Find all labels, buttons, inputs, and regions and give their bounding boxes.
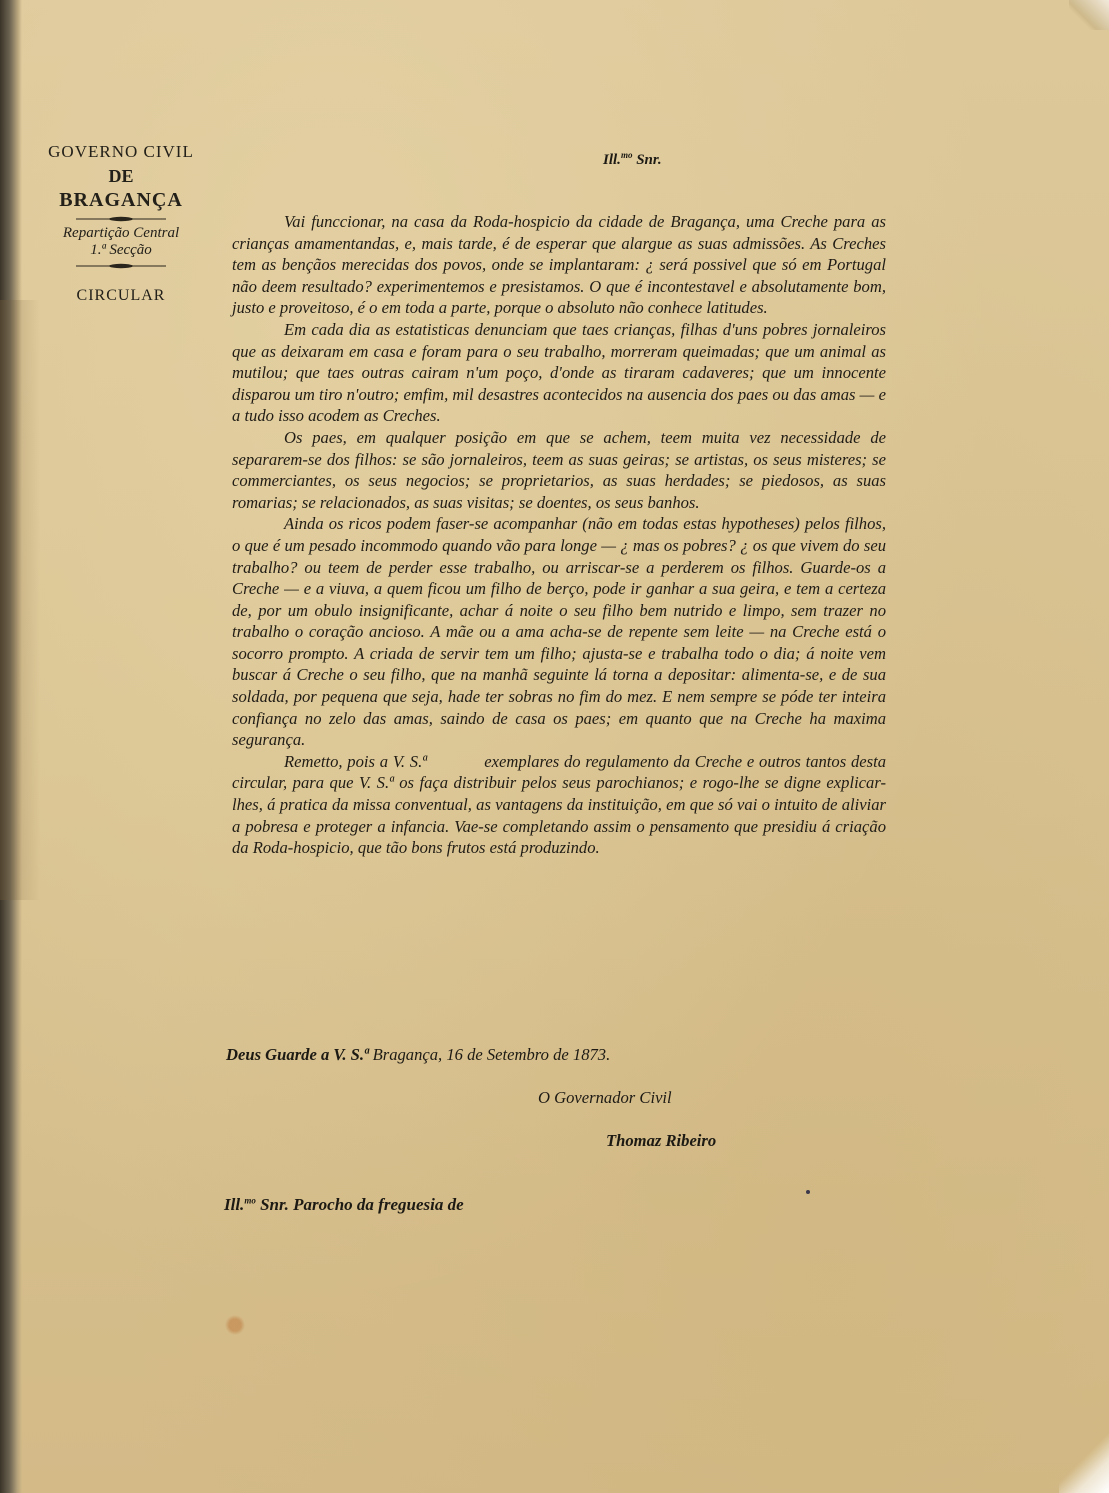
paragraph: Em cada dia as estatisticas denunciam qu… xyxy=(232,319,886,427)
paper-speck xyxy=(806,1190,810,1194)
closing-line: Deus Guarde a V. S.ª Bragança, 16 de Set… xyxy=(226,1045,610,1065)
signer-name: Thomaz Ribeiro xyxy=(606,1131,716,1151)
ornament-divider-icon xyxy=(76,216,166,222)
ornament-divider-icon xyxy=(76,263,166,269)
letterhead-department: Repartição Central xyxy=(22,225,220,242)
letterhead-section: 1.ª Secção xyxy=(22,242,220,259)
paragraph: Remetto, pois a V. S.ª exemplares do reg… xyxy=(232,751,886,859)
salutation: Ill.mo Snr. xyxy=(603,150,662,169)
closing-place-date: Bragança, 16 de Setembro de 1873. xyxy=(373,1045,611,1064)
letterhead-city: BRAGANÇA xyxy=(22,189,220,212)
salutation-abbrev: Ill. xyxy=(603,152,621,168)
salutation-title: Snr. xyxy=(636,152,661,168)
paragraph: Ainda os ricos podem faser-se acompanhar… xyxy=(232,513,886,751)
addressee-abbrev: Ill. xyxy=(224,1195,244,1214)
addressee-text: Snr. Parocho da freguesia de xyxy=(260,1195,464,1214)
signer-title: O Governador Civil xyxy=(538,1088,672,1108)
addressee-sup: mo xyxy=(244,1195,256,1205)
paragraph: Os paes, em qualquer posição em que se a… xyxy=(232,427,886,513)
letterhead-government: GOVERNO CIVIL xyxy=(22,142,220,162)
paragraph: Vai funccionar, na casa da Roda-hospicio… xyxy=(232,211,886,319)
letterhead: GOVERNO CIVIL DE BRAGANÇA Repartição Cen… xyxy=(22,142,220,305)
letterhead-de: DE xyxy=(22,166,220,187)
page-corner-bottom xyxy=(1059,1433,1109,1493)
letter-body: Vai funccionar, na casa da Roda-hospicio… xyxy=(232,211,886,859)
closing-greeting: Deus Guarde a V. S.ª xyxy=(226,1045,368,1064)
salutation-sup: mo xyxy=(621,150,633,160)
binding-stain xyxy=(0,300,40,900)
page-corner-top xyxy=(1069,0,1109,30)
addressee: Ill.mo Snr. Parocho da freguesia de xyxy=(224,1195,464,1215)
document-type: CIRCULAR xyxy=(22,287,220,305)
